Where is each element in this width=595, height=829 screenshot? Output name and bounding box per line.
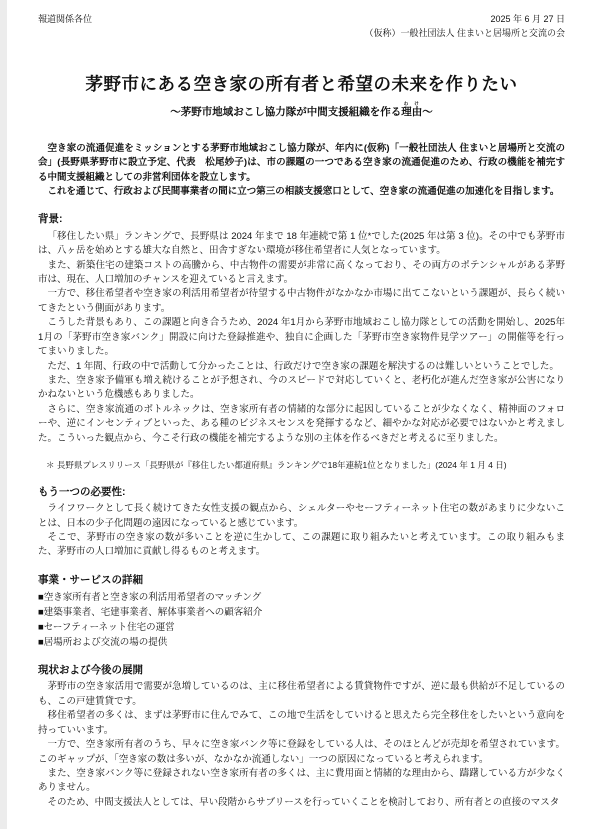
subtitle-ruby: 理由わけ <box>401 106 422 118</box>
paragraph: そのため、中間支援法人としては、早い段階からサブリースを行っていくことを検討して… <box>38 796 565 810</box>
subtitle-ruby-base: 理由 <box>401 106 422 118</box>
paragraph: そこで、茅野市の空き家の数が多いことを逆に生かして、この課題に取り組みたいと考え… <box>38 531 565 560</box>
paragraph: ライフワークとして長く続けてきた女性支援の観点から、シェルターやセーフティーネッ… <box>38 502 565 531</box>
paragraph: また、空き家予備軍も増え続けることが予想され、今のスピードで対応していくと、老朽… <box>38 374 565 403</box>
service-item: ■居場所および交流の場の提供 <box>38 635 565 650</box>
paragraph: こうした背景もあり、この課題と向き合うため、2024 年1月から茅野市地域おこし… <box>38 316 565 359</box>
service-item: ■建築事業者、宅建事業者、解体事業者への顧客紹介 <box>38 605 565 620</box>
paragraph: ただ、1 年間、行政の中で活動して分かったことは、行政だけで空き家の課題を解決す… <box>38 360 565 374</box>
section-heading-outlook: 現状および今後の展開 <box>38 663 565 678</box>
page-subtitle: ～茅野市地域おこし協力隊が中間支援組織を作る理由わけ～ <box>38 101 565 121</box>
subtitle-ruby-text: わけ <box>401 101 422 106</box>
section-services: 事業・サービスの詳細 ■空き家所有者と空き家の利活用希望者のマッチング ■建築事… <box>38 573 565 650</box>
section-background: 背景: 「移住したい県」ランキングで、長野県は 2024 年まで 18 年連続で… <box>38 212 565 472</box>
section-heading-background: 背景: <box>38 212 565 227</box>
lead-paragraphs: 空き家の流通促進をミッションとする茅野市地域おこし協力隊が、年内に(仮称)「一般… <box>38 142 565 200</box>
press-release-page: 報道関係各位 2025 年 6 月 27 日 （仮称）一般社団法人 住まいと居場… <box>0 0 595 829</box>
section-outlook: 現状および今後の展開 茅野市の空き家活用で需要が急増しているのは、主に移住希望者… <box>38 663 565 810</box>
paragraph: また、空き家バンク等に登録されない空き家所有者の多くは、主に費用面と情緒的な理由… <box>38 767 565 796</box>
section-second-necessity: もう一つの必要性: ライフワークとして長く続けてきた女性支援の観点から、シェルタ… <box>38 485 565 560</box>
section-heading-necessity: もう一つの必要性: <box>38 485 565 500</box>
paragraph: 一方で、空き家所有者のうち、早々に空き家バンク等に登録をしている人は、そのほとん… <box>38 738 565 767</box>
subtitle-suffix: ～ <box>422 106 433 118</box>
paragraph: さらに、空き家流通のボトルネックは、空き家所有者の情緒的な部分に起因していること… <box>38 403 565 446</box>
paragraph: 一方で、移住希望者や空き家の利活用希望者が待望する中古物件がなかなか市場に出てこ… <box>38 287 565 316</box>
section-heading-services: 事業・サービスの詳細 <box>38 573 565 588</box>
footnote: ＊ 長野県プレスリリース「長野県が『移住したい都道府県』ランキングで18年連続1… <box>46 459 565 472</box>
paragraph: また、新築住宅の建築コストの高騰から、中古物件の需要が非常に高くなっており、その… <box>38 259 565 288</box>
page-left-edge <box>0 0 7 829</box>
lead-paragraph: 空き家の流通促進をミッションとする茅野市地域おこし協力隊が、年内に(仮称)「一般… <box>38 142 565 185</box>
service-item: ■空き家所有者と空き家の利活用希望者のマッチング <box>38 590 565 605</box>
organization-name: （仮称）一般社団法人 住まいと居場所と交流の会 <box>364 26 565 40</box>
paragraph: 茅野市の空き家活用で需要が急増しているのは、主に移住希望者による賃貸物件ですが、… <box>38 680 565 709</box>
page-title: 茅野市にある空き家の所有者と希望の未来を作りたい <box>38 74 565 96</box>
paragraph: 移住希望者の多くは、まずは茅野市に住んでみて、この地で生活をしていけると思えたら… <box>38 709 565 738</box>
paragraph: 「移住したい県」ランキングで、長野県は 2024 年まで 18 年連続で第 1 … <box>38 230 565 259</box>
lead-paragraph: これを通じて、行政および民間事業者の間に立つ第三の相談支援窓口として、空き家の流… <box>38 185 565 199</box>
service-item: ■セーフティーネット住宅の運営 <box>38 620 565 635</box>
header-meta: 2025 年 6 月 27 日 （仮称）一般社団法人 住まいと居場所と交流の会 <box>364 12 565 40</box>
release-date: 2025 年 6 月 27 日 <box>364 12 565 26</box>
subtitle-prefix: ～茅野市地域おこし協力隊が中間支援組織を作る <box>170 106 401 118</box>
services-list: ■空き家所有者と空き家の利活用希望者のマッチング ■建築事業者、宅建事業者、解体… <box>38 590 565 650</box>
addressee-label: 報道関係各位 <box>38 12 92 26</box>
document-header: 報道関係各位 2025 年 6 月 27 日 （仮称）一般社団法人 住まいと居場… <box>38 12 565 40</box>
